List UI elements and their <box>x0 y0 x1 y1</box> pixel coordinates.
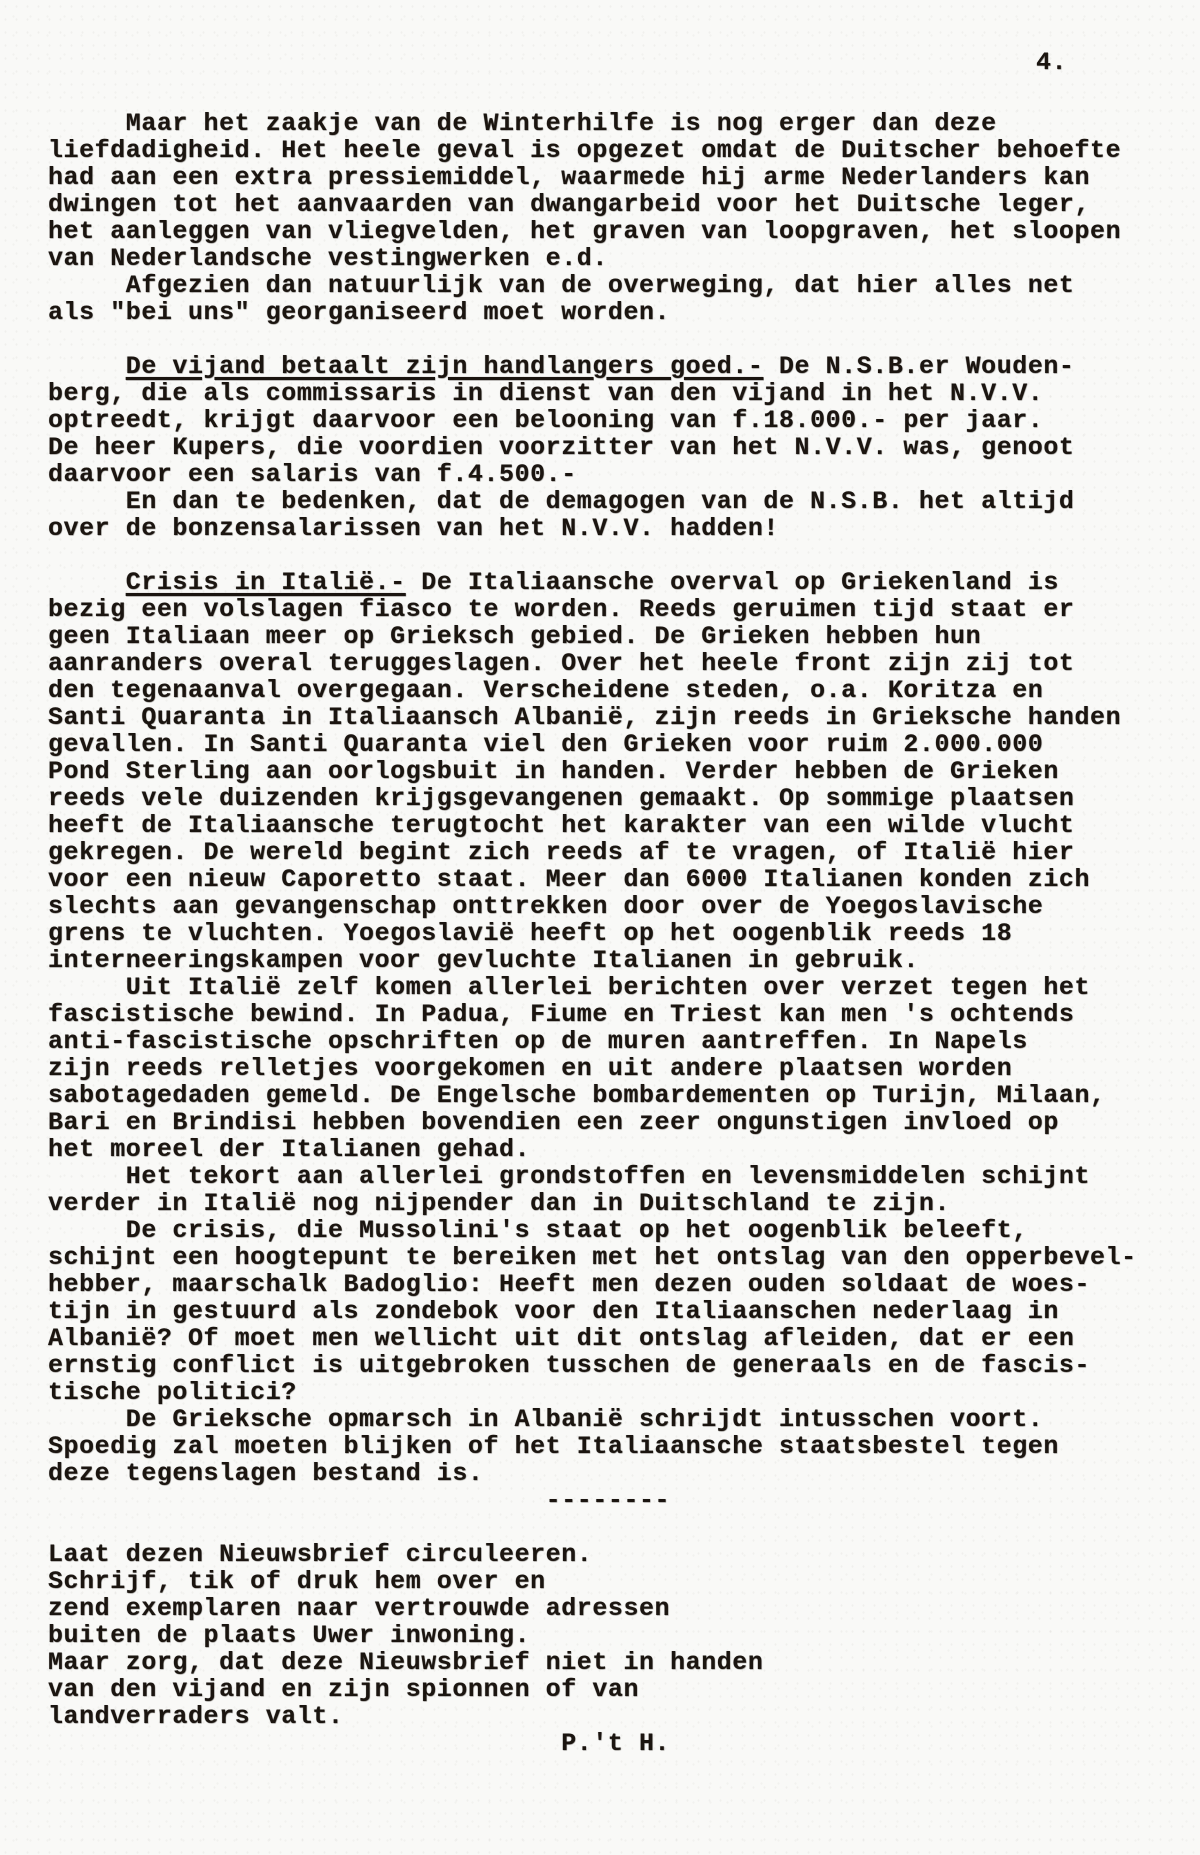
text-line: Bari en Brindisi hebben bovendien een ze… <box>48 1109 1178 1136</box>
text-line: En dan te bedenken, dat de demagogen van… <box>48 488 1178 515</box>
text-line: had aan een extra pressiemiddel, waarmed… <box>48 164 1178 191</box>
text-line: Pond Sterling aan oorlogsbuit in handen.… <box>48 758 1178 785</box>
text-line: zend exemplaren naar vertrouwde adressen <box>48 1595 1178 1622</box>
text-line: bezig een volslagen fiasco te worden. Re… <box>48 596 1178 623</box>
text-line: dwingen tot het aanvaarden van dwangarbe… <box>48 191 1178 218</box>
text-line: anti-fascistische opschriften op de mure… <box>48 1028 1178 1055</box>
text-line: den tegenaanval overgegaan. Verscheidene… <box>48 677 1178 704</box>
text-line: tijn in gestuurd als zondebok voor den I… <box>48 1298 1178 1325</box>
text-line: tische politici? <box>48 1379 1178 1406</box>
text-line: Albanië? Of moet men wellicht uit dit on… <box>48 1325 1178 1352</box>
text-line: zijn reeds relletjes voorgekomen en uit … <box>48 1055 1178 1082</box>
text-line: De crisis, die Mussolini's staat op het … <box>48 1217 1178 1244</box>
text-line: over de bonzensalarissen van het N.V.V. … <box>48 515 1178 542</box>
text-line: -------- <box>48 1487 1178 1514</box>
text-line: liefdadigheid. Het heele geval is opgeze… <box>48 137 1178 164</box>
text-line <box>48 326 1178 353</box>
text-line: Uit Italië zelf komen allerlei berichten… <box>48 974 1178 1001</box>
text-line: geen Italiaan meer op Grieksch gebied. D… <box>48 623 1178 650</box>
text-line: van den vijand en zijn spionnen of van <box>48 1676 1178 1703</box>
text-line: als "bei uns" georganiseerd moet worden. <box>48 299 1178 326</box>
text-line: fascistische bewind. In Padua, Fiume en … <box>48 1001 1178 1028</box>
text-line: het moreel der Italianen gehad. <box>48 1136 1178 1163</box>
text-line: interneeringskampen voor gevluchte Itali… <box>48 947 1178 974</box>
text-line: Crisis in Italië.- De Italiaansche overv… <box>48 569 1178 596</box>
text-line: Afgezien dan natuurlijk van de overwegin… <box>48 272 1178 299</box>
text-line: landverraders valt. <box>48 1703 1178 1730</box>
text-line: schijnt een hoogtepunt te bereiken met h… <box>48 1244 1178 1271</box>
text-line: reeds vele duizenden krijgsgevangenen ge… <box>48 785 1178 812</box>
text-line: buiten de plaats Uwer inwoning. <box>48 1622 1178 1649</box>
text-line: P.'t H. <box>48 1730 1178 1757</box>
text-line: voor een nieuw Caporetto staat. Meer dan… <box>48 866 1178 893</box>
document-page: 4. Maar het zaakje van de Winterhilfe is… <box>0 0 1200 1855</box>
text-line: De Grieksche opmarsch in Albanië schrijd… <box>48 1406 1178 1433</box>
underlined-heading: Crisis in Italië.- <box>126 568 406 597</box>
text-line: Laat dezen Nieuwsbrief circuleeren. <box>48 1541 1178 1568</box>
text-line: sabotagedaden gemeld. De Engelsche bomba… <box>48 1082 1178 1109</box>
page-number: 4. <box>1036 48 1067 77</box>
text-line: ernstig conflict is uitgebroken tusschen… <box>48 1352 1178 1379</box>
text-line: grens te vluchten. Yoegoslavië heeft op … <box>48 920 1178 947</box>
text-line: het aanleggen van vliegvelden, het grave… <box>48 218 1178 245</box>
text-line: Spoedig zal moeten blijken of het Italia… <box>48 1433 1178 1460</box>
text-line: Het tekort aan allerlei grondstoffen en … <box>48 1163 1178 1190</box>
text-line: aanranders overal teruggeslagen. Over he… <box>48 650 1178 677</box>
text-line: van Nederlandsche vestingwerken e.d. <box>48 245 1178 272</box>
text-line: daarvoor een salaris van f.4.500.- <box>48 461 1178 488</box>
text-line: verder in Italië nog nijpender dan in Du… <box>48 1190 1178 1217</box>
text-line: De vijand betaalt zijn handlangers goed.… <box>48 353 1178 380</box>
text-line: gevallen. In Santi Quaranta viel den Gri… <box>48 731 1178 758</box>
text-line: berg, die als commissaris in dienst van … <box>48 380 1178 407</box>
document-lines: Maar het zaakje van de Winterhilfe is no… <box>48 110 1178 1757</box>
text-line: heeft de Italiaansche terugtocht het kar… <box>48 812 1178 839</box>
text-line <box>48 542 1178 569</box>
text-line: Schrijf, tik of druk hem over en <box>48 1568 1178 1595</box>
text-line: Santi Quaranta in Italiaansch Albanië, z… <box>48 704 1178 731</box>
text-line: Maar het zaakje van de Winterhilfe is no… <box>48 110 1178 137</box>
text-line: slechts aan gevangenschap onttrekken doo… <box>48 893 1178 920</box>
text-line: De heer Kupers, die voordien voorzitter … <box>48 434 1178 461</box>
text-line <box>48 1514 1178 1541</box>
text-line: deze tegenslagen bestand is. <box>48 1460 1178 1487</box>
text-line: hebber, maarschalk Badoglio: Heeft men d… <box>48 1271 1178 1298</box>
text-line: optreedt, krijgt daarvoor een belooning … <box>48 407 1178 434</box>
underlined-heading: De vijand betaalt zijn handlangers goed.… <box>126 352 764 381</box>
text-line: Maar zorg, dat deze Nieuwsbrief niet in … <box>48 1649 1178 1676</box>
text-line: gekregen. De wereld begint zich reeds af… <box>48 839 1178 866</box>
